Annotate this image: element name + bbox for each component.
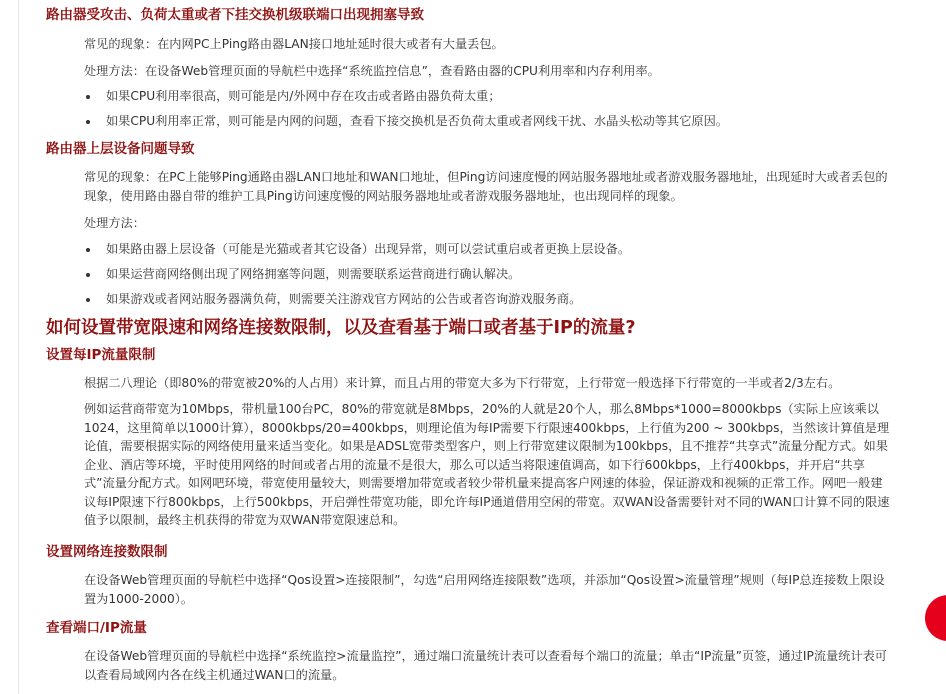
floating-action-button[interactable] (925, 595, 946, 641)
section-heading-router-attack: 路由器受攻击、负荷太重或者下挂交换机级联端口出现拥塞导致 (46, 6, 424, 24)
paragraph: 在设备Web管理页面的导航栏中选择“系统监控>流量监控”，通过端口流量统计表可以… (84, 647, 894, 684)
symptom-text: 常见的现象：在PC上能够Ping通路由器LAN口地址和WAN口地址，但Ping访… (84, 168, 894, 205)
bullet-icon (86, 273, 90, 277)
left-border-rule (18, 0, 19, 694)
section-heading-per-ip-limit: 设置每IP流量限制 (46, 346, 155, 364)
bullet-icon (86, 298, 90, 302)
paragraph: 例如运营商带宽为10Mbps，带机量100台PC，80%的带宽就是8Mbps，2… (84, 400, 894, 530)
bullet-icon (86, 95, 90, 99)
paragraph: 根据二八理论（即80%的带宽被20%的人占用）来计算，而且占用的带宽大多为下行带… (84, 374, 894, 393)
bullet-icon (86, 120, 90, 124)
section-heading-upstream-device: 路由器上层设备问题导致 (46, 140, 195, 158)
main-question-heading: 如何设置带宽限速和网络连接数限制，以及查看基于端口或者基于IP的流量? (46, 317, 636, 339)
bullet-icon (86, 248, 90, 252)
section-heading-port-ip-traffic: 查看端口/IP流量 (46, 619, 147, 637)
method-text: 处理方法： (84, 214, 894, 233)
paragraph: 在设备Web管理页面的导航栏中选择“Qos设置>连接限制”，勾选“启用网络连接限… (84, 571, 894, 608)
section-heading-connection-limit: 设置网络连接数限制 (46, 543, 168, 561)
symptom-text: 常见的现象：在内网PC上Ping路由器LAN接口地址延时很大或者有大量丢包。 (84, 35, 894, 54)
method-text: 处理方法：在设备Web管理页面的导航栏中选择“系统监控信息”，查看路由器的CPU… (84, 62, 894, 81)
